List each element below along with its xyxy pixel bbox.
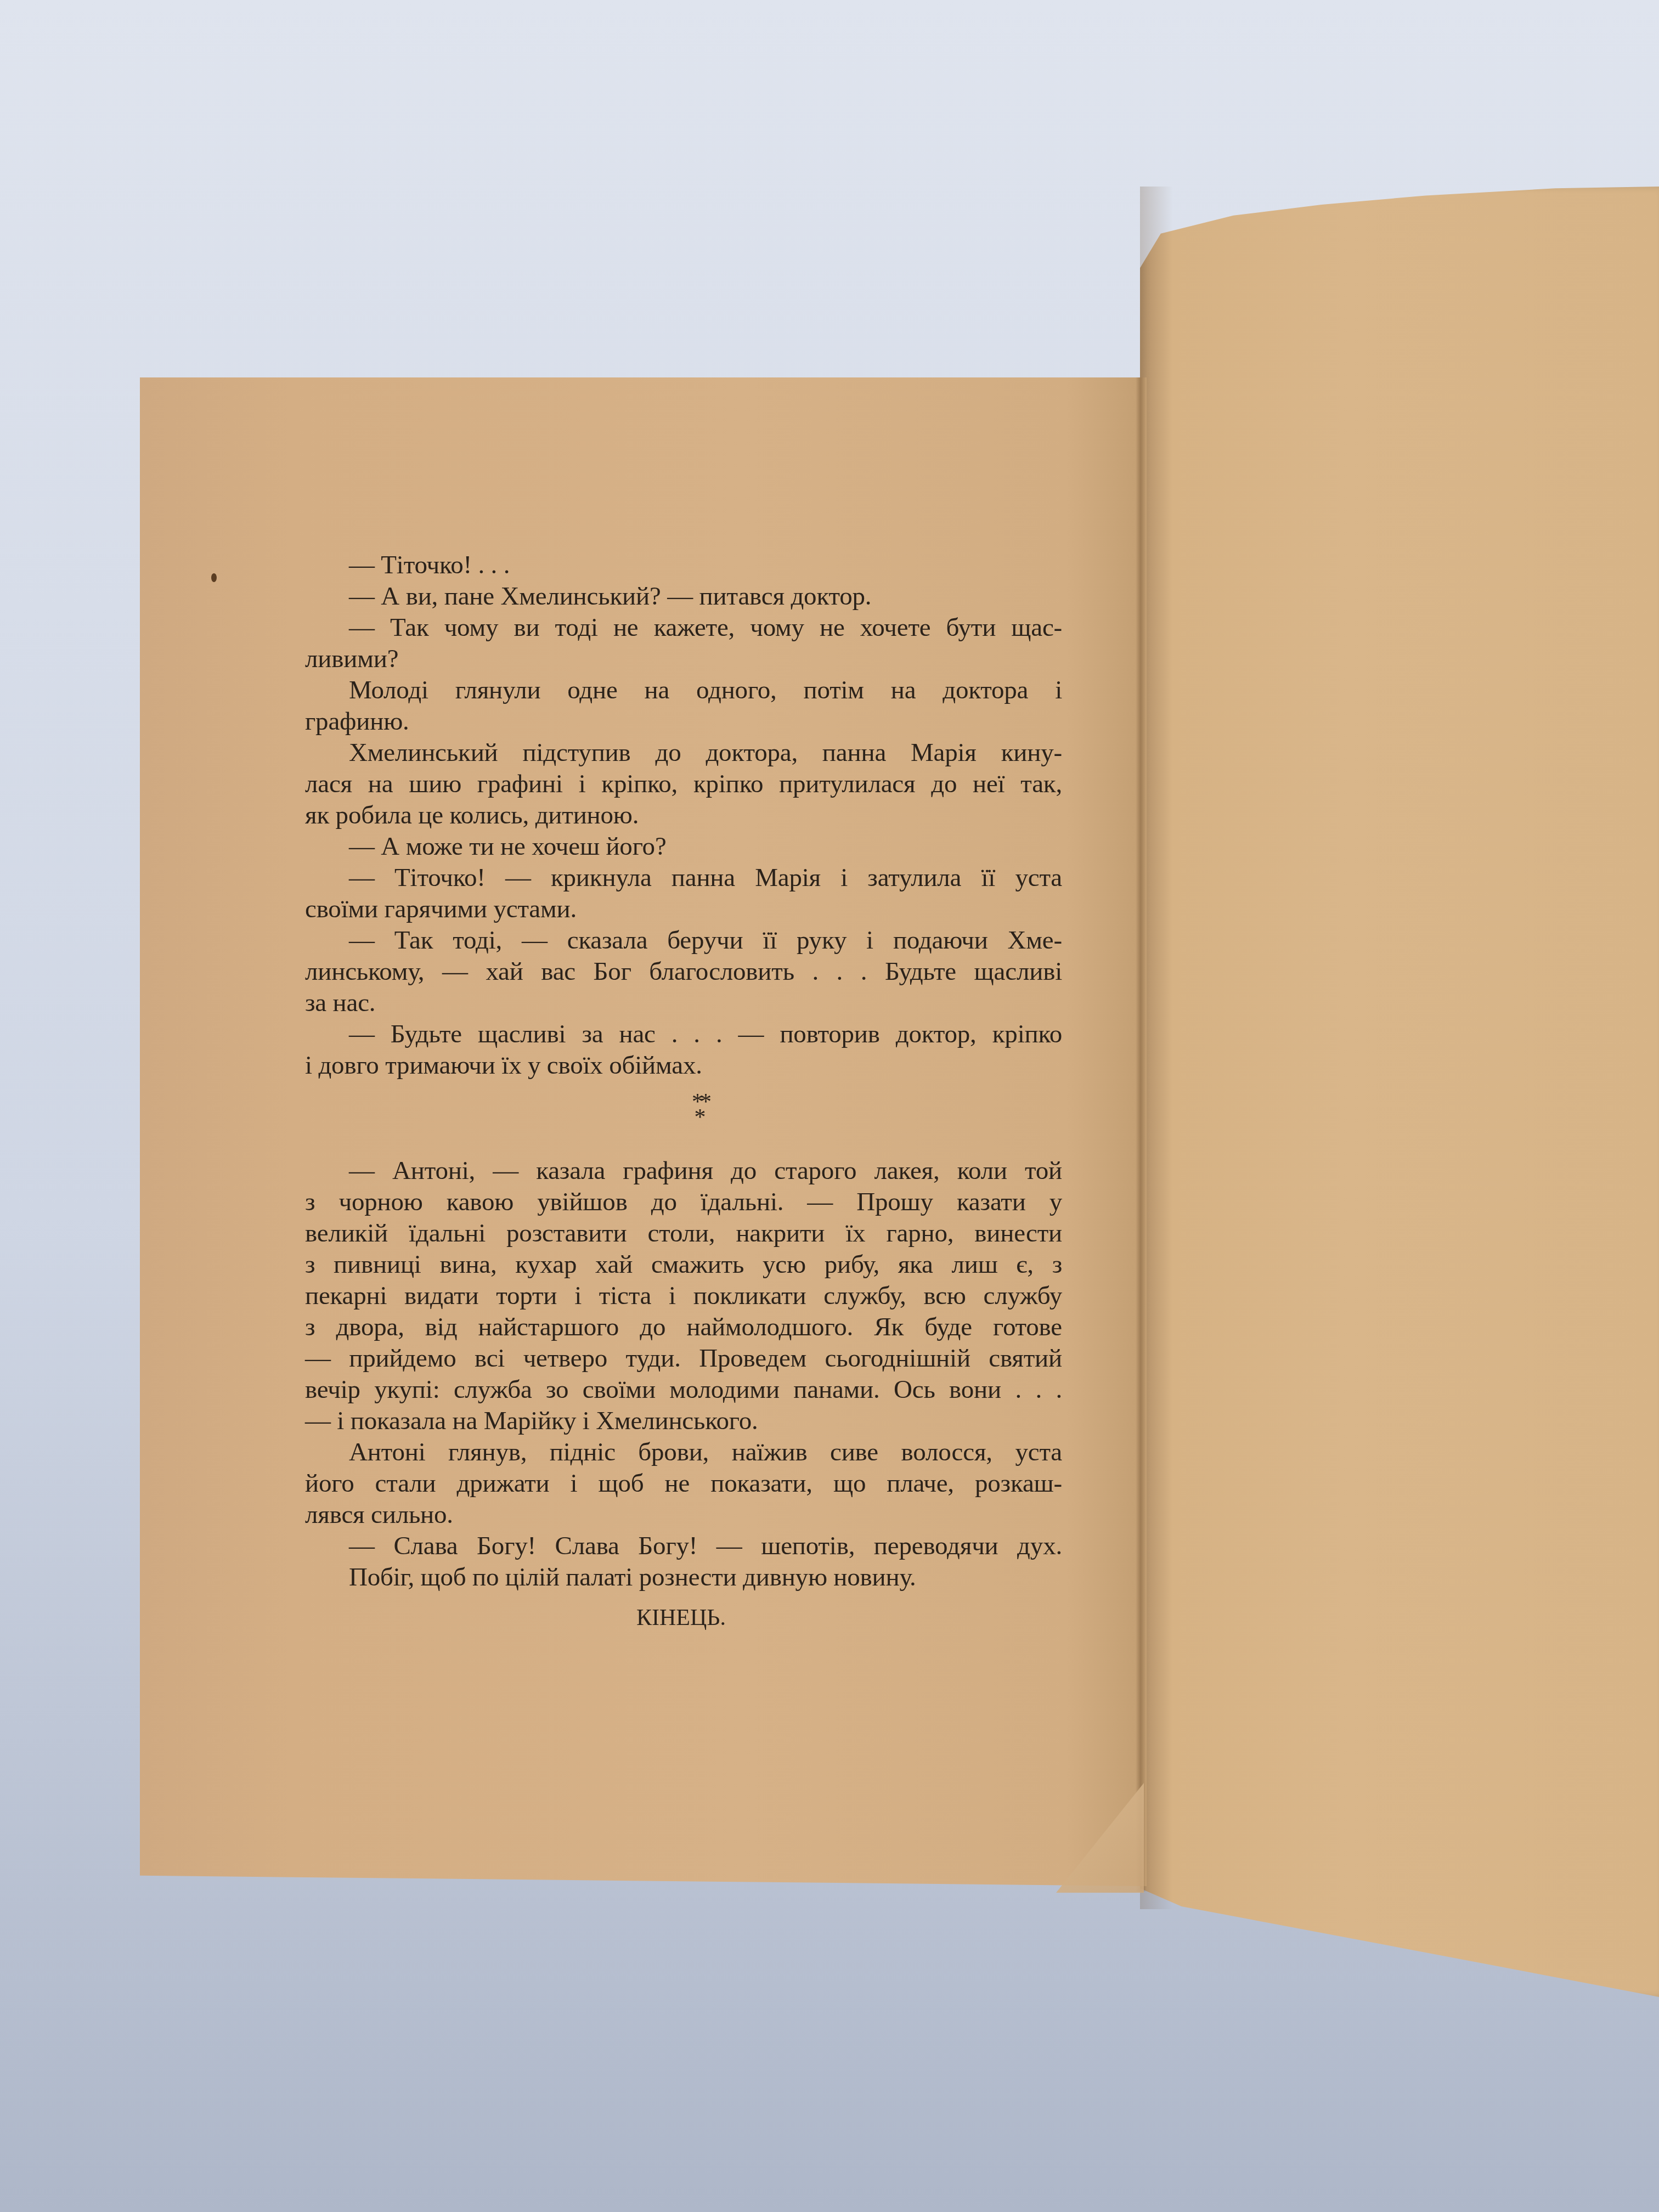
text-line: Антоні глянув, підніс брови, наїжив сиве… (305, 1437, 1062, 1468)
text-line: його стали дрижати і щоб не показати, що… (305, 1468, 1062, 1499)
text-lines-before-separator: — Тіточко! . . .— А ви, пане Хмелинський… (305, 550, 1062, 1081)
text-line: і довго тримаючи їх у своїх обіймах. (305, 1050, 1062, 1081)
text-line: — Так тоді, — сказала беручи її руку і п… (305, 925, 1062, 956)
text-line: з двора, від найстаршого до наймолодшого… (305, 1312, 1062, 1343)
text-line: линському, — хай вас Бог благословить . … (305, 956, 1062, 988)
text-line: великій їдальні розставити столи, накрит… (305, 1218, 1062, 1249)
right-page-blank (1140, 187, 1659, 1997)
text-line: — А ви, пане Хмелинський? — питався докт… (305, 581, 1062, 612)
text-line: — Слава Богу! Слава Богу! — шепотів, пер… (305, 1531, 1062, 1562)
text-line: Побіг, щоб по цілій палаті рознести дивн… (305, 1562, 1062, 1593)
text-line: Молоді глянули одне на одного, потім на … (305, 675, 1062, 706)
paper-speck (211, 573, 217, 582)
text-line: Хмелинський підступив до доктора, панна … (305, 737, 1062, 769)
text-line: лася на шию графині і кріпко, кріпко при… (305, 769, 1062, 800)
text-line: — Будьте щасливі за нас . . . — повторив… (305, 1019, 1062, 1050)
text-line: лявся сильно. (305, 1499, 1062, 1531)
photo-scene: — Тіточко! . . .— А ви, пане Хмелинський… (0, 0, 1659, 2212)
text-line: — Антоні, — казала графиня до старого ла… (305, 1155, 1062, 1187)
text-line: з пивниці вина, кухар хай смажить усю ри… (305, 1249, 1062, 1280)
text-line: ливими? (305, 644, 1062, 675)
text-line: — Тіточко! — крикнула панна Марія і зату… (305, 862, 1062, 894)
text-line: своїми гарячими устами. (305, 894, 1062, 925)
text-line: — Так чому ви тоді не кажете, чому не хо… (305, 612, 1062, 644)
text-line: графиню. (305, 706, 1062, 737)
text-line: за нас. (305, 988, 1062, 1019)
text-line: — А може ти не хочеш його? (305, 831, 1062, 862)
text-line: пекарні видати торти і тіста і покликати… (305, 1280, 1062, 1312)
text-line: з чорною кавою увійшов до їдальні. — Про… (305, 1187, 1062, 1218)
text-line: — Тіточко! . . . (305, 550, 1062, 581)
ending-text: КІНЕЦЬ. (636, 1605, 726, 1631)
separator-bottom: * (338, 1108, 1062, 1127)
book-gutter (1136, 377, 1145, 1892)
page-text: — Тіточко! . . .— А ви, пане Хмелинський… (305, 550, 1062, 1593)
section-separator-asterisks: ** * (305, 1081, 1062, 1155)
text-line: — прийдемо всі четверо туди. Проведем сь… (305, 1343, 1062, 1374)
text-line: — і показала на Марійку і Хмелинського. (305, 1406, 1062, 1437)
text-line: вечір укупі: служба зо своїми молодими п… (305, 1374, 1062, 1406)
text-line: як робила це колись, дитиною. (305, 800, 1062, 831)
text-lines-after-separator: — Антоні, — казала графиня до старого ла… (305, 1155, 1062, 1593)
